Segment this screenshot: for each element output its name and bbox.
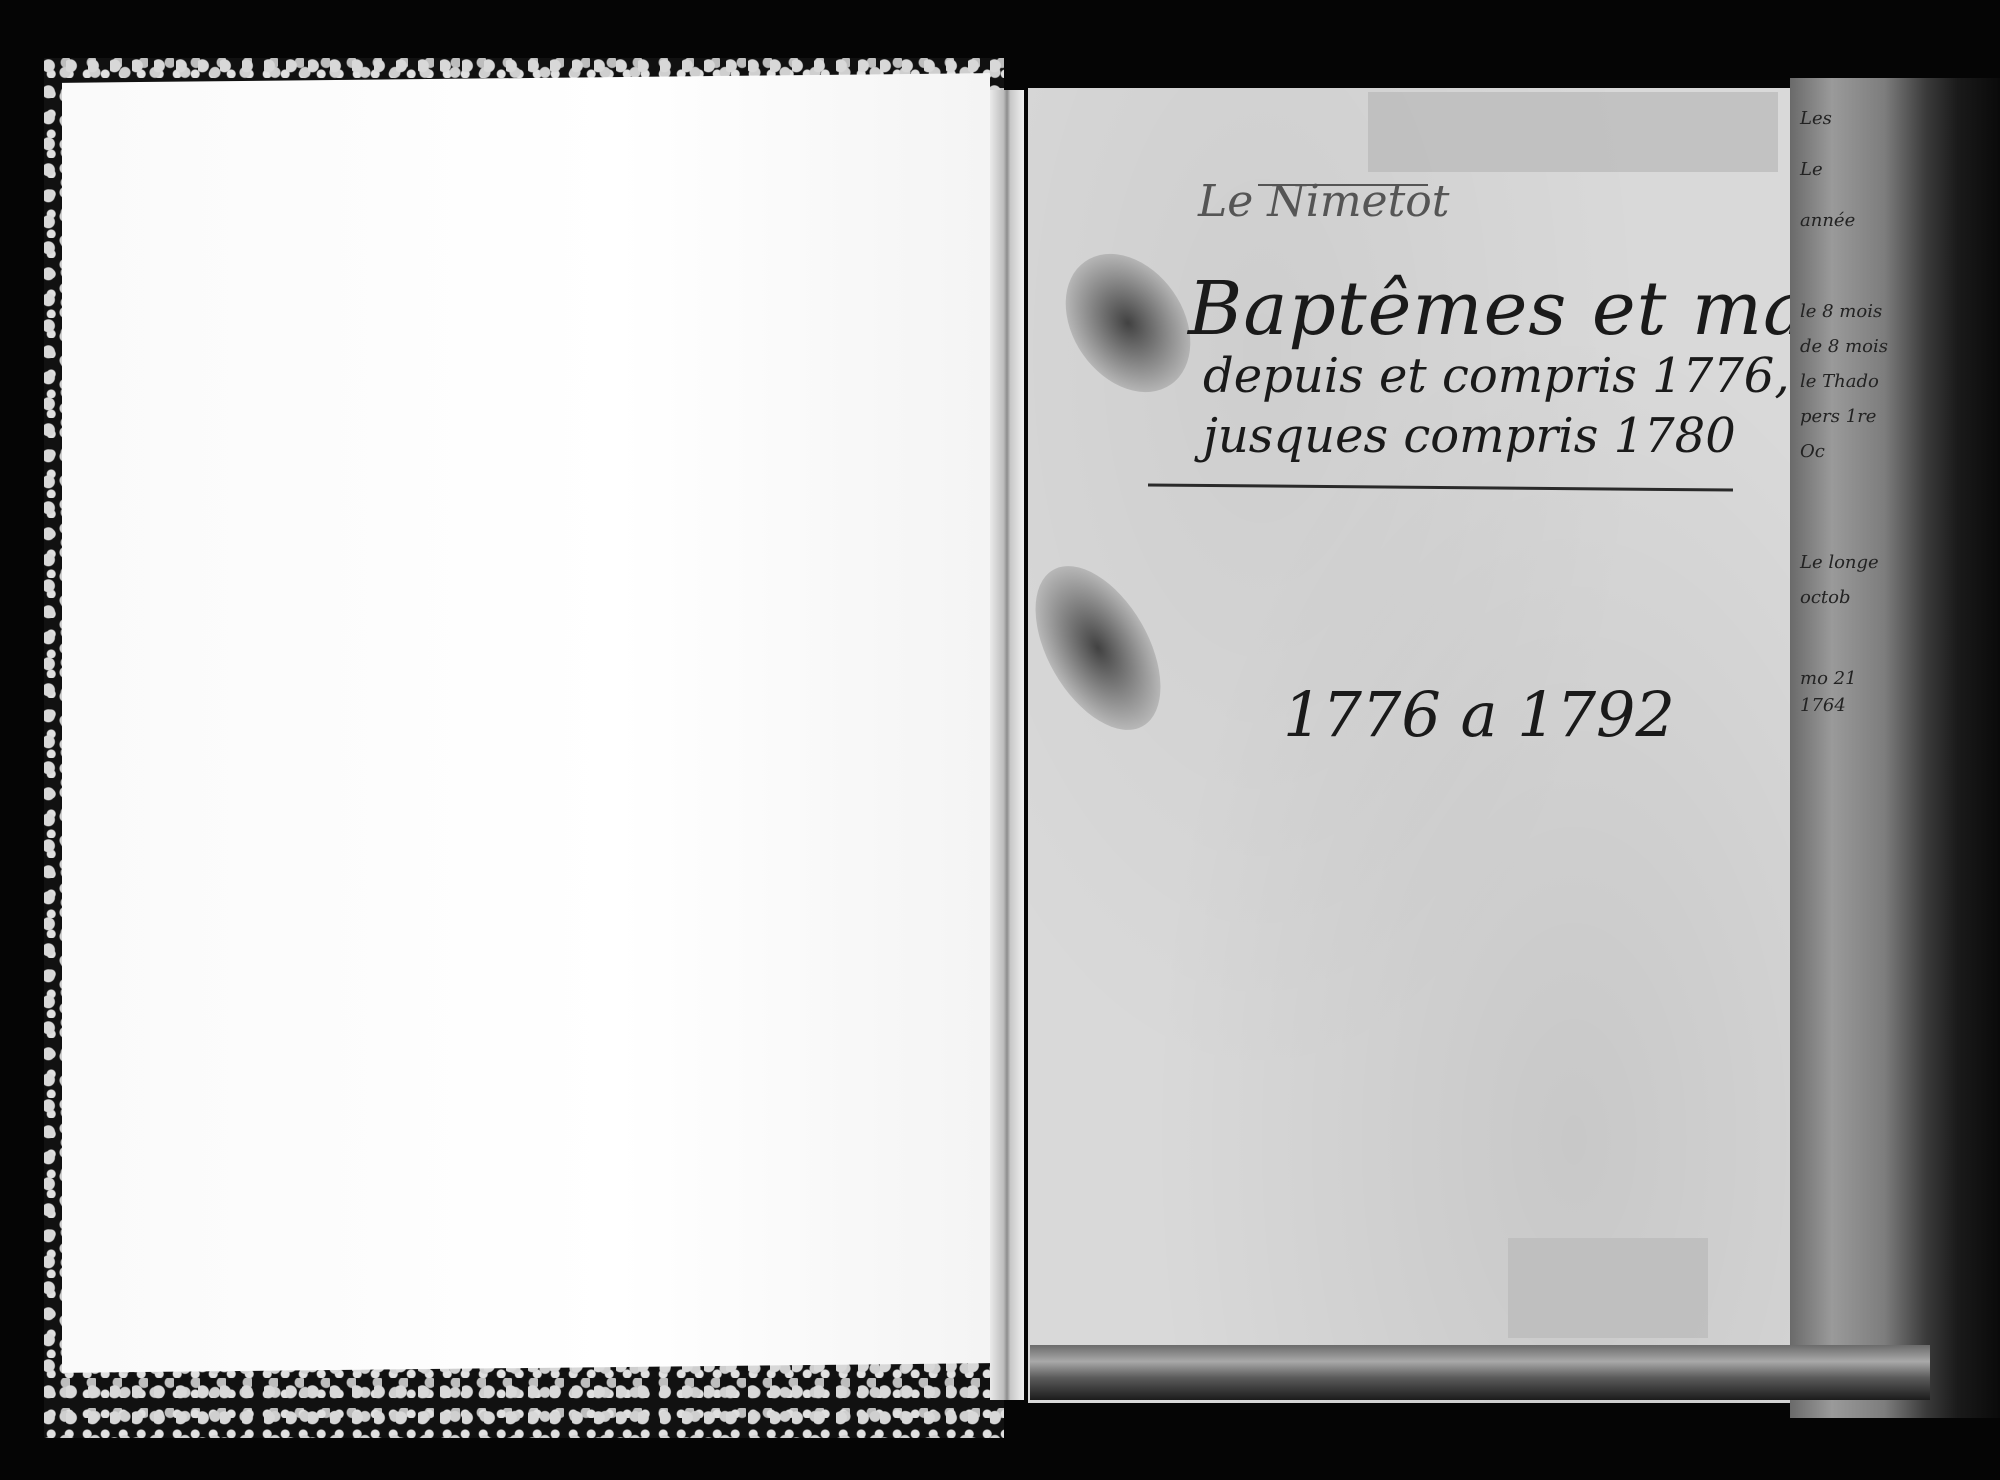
margin-fragment: octob bbox=[1800, 587, 1888, 608]
margin-fragment: Le longe bbox=[1800, 552, 1888, 573]
parish-name-underline bbox=[1258, 184, 1428, 186]
margin-fragment: Oc bbox=[1800, 441, 1888, 462]
ink-smear-lower bbox=[1010, 545, 1187, 751]
margin-fragment: de 8 mois bbox=[1800, 336, 1888, 357]
date-range: 1776 a 1792 bbox=[1283, 678, 1675, 751]
paper-repair-patch-top bbox=[1368, 92, 1778, 172]
margin-fragment: pers 1re bbox=[1800, 406, 1888, 427]
title-rule bbox=[1148, 483, 1733, 491]
margin-fragment: année bbox=[1800, 210, 1888, 231]
margin-fragment: Les bbox=[1800, 108, 1888, 129]
blank-endpaper bbox=[62, 73, 990, 1373]
margin-fragment: Le bbox=[1800, 159, 1888, 180]
page-bottom-edge bbox=[1030, 1345, 1930, 1400]
register-line-3: jusques compris 1780 bbox=[1203, 408, 1736, 464]
margin-fragment: le Thado bbox=[1800, 371, 1888, 392]
page-edge-stack: Les Le année le 8 mois de 8 mois le Thad… bbox=[1790, 78, 2000, 1418]
paper-repair-patch-bottom bbox=[1508, 1238, 1708, 1338]
manuscript-cover-page: Le Nimetot Baptêmes et mariages depuis e… bbox=[1028, 88, 1808, 1403]
register-line-2: depuis et compris 1776, bbox=[1203, 348, 1790, 404]
margin-fragment: le 8 mois bbox=[1800, 301, 1888, 322]
binding-spine bbox=[990, 90, 1024, 1400]
margin-fragment: mo 21 bbox=[1800, 668, 1888, 689]
margin-fragment: 1764 bbox=[1800, 695, 1888, 716]
